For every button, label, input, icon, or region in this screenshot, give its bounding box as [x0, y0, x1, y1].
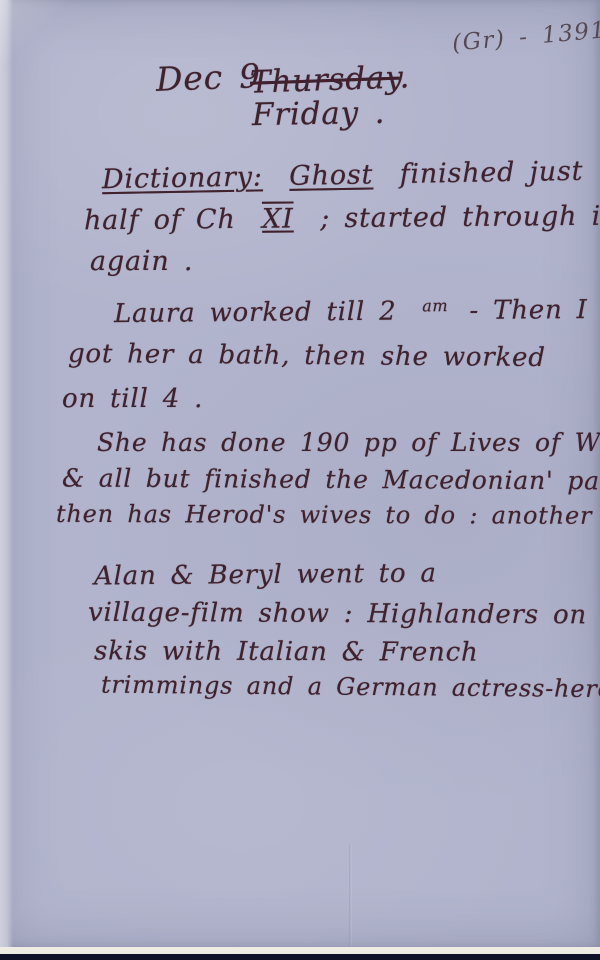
page-left-edge: [0, 0, 13, 947]
paragraph3-line3: then has Herod's wives to do : another 6…: [56, 500, 600, 530]
paragraph2-line2: got her a bath, then she worked: [68, 339, 546, 373]
crossed-out-day-period: .: [399, 59, 411, 95]
paragraph4-line4: trimmings and a German actress-heroine: [101, 671, 600, 704]
scan-background: [0, 954, 600, 960]
paragraph2-line1-b: - Then I: [469, 295, 587, 326]
paragraph4-line3: skis with Italian & French: [94, 636, 479, 667]
diary-page: (Gr) - 1391 Dec 9 Thursday. Friday . Dic…: [0, 0, 600, 947]
paragraph2-line1: Laura worked till 2 am - Then I: [114, 295, 588, 329]
paragraph3-line2: & all but finished the Macedonian' part …: [62, 463, 600, 495]
paper-crease-bottom: [349, 845, 352, 945]
scanned-diary-photo: (Gr) - 1391 Dec 9 Thursday. Friday . Dic…: [0, 0, 600, 960]
archive-number: (Gr) - 1391: [451, 17, 600, 56]
chapter-numeral: XI: [262, 203, 294, 234]
corrected-day: Friday .: [252, 95, 386, 133]
underlined-word-dictionary: Dictionary:: [102, 161, 263, 195]
paragraph1-line2: half of Ch XI ; started through it: [84, 201, 600, 237]
superscript-am: am: [422, 296, 448, 315]
paragraph1-line1: Dictionary: Ghost finished just: [102, 156, 584, 195]
underlined-word-ghost: Ghost: [289, 159, 373, 191]
paper-crease-top-left: [0, 0, 90, 70]
paragraph2-line3: on till 4 .: [62, 384, 203, 414]
date-heading: Dec 9: [155, 56, 261, 99]
paragraph2-line1-a: Laura worked till 2: [114, 297, 397, 329]
paragraph3-line1: She has done 190 pp of Lives of Wives: [97, 428, 600, 457]
date-text: Dec 9: [155, 56, 261, 99]
paragraph1-line1-rest: finished just: [399, 156, 583, 190]
paragraph4-line2: village-film show : Highlanders on: [88, 598, 587, 631]
paragraph1-line2-b: ; started through it: [320, 201, 600, 235]
crossed-out-day: Thursday.: [249, 59, 410, 101]
paragraph4-line1: Alan & Beryl went to a: [94, 559, 437, 592]
paragraph1-line3: again .: [90, 246, 193, 277]
paragraph1-line2-a: half of Ch: [84, 204, 236, 236]
backing-sheet-edge: [0, 947, 600, 954]
